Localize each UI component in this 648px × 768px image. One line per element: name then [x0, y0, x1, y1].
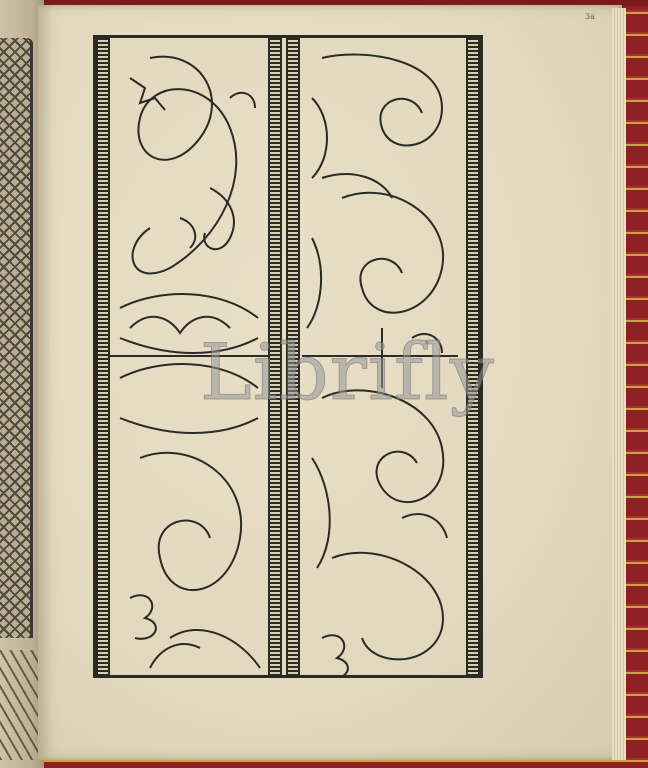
facing-page-lattice-pattern	[0, 38, 33, 638]
page-edges	[612, 8, 626, 760]
page-signature-mark: 3a	[585, 12, 595, 21]
facing-page-ornament	[0, 650, 40, 760]
outer-left-border-rule	[96, 38, 110, 675]
watermark: Librifly	[200, 328, 495, 418]
